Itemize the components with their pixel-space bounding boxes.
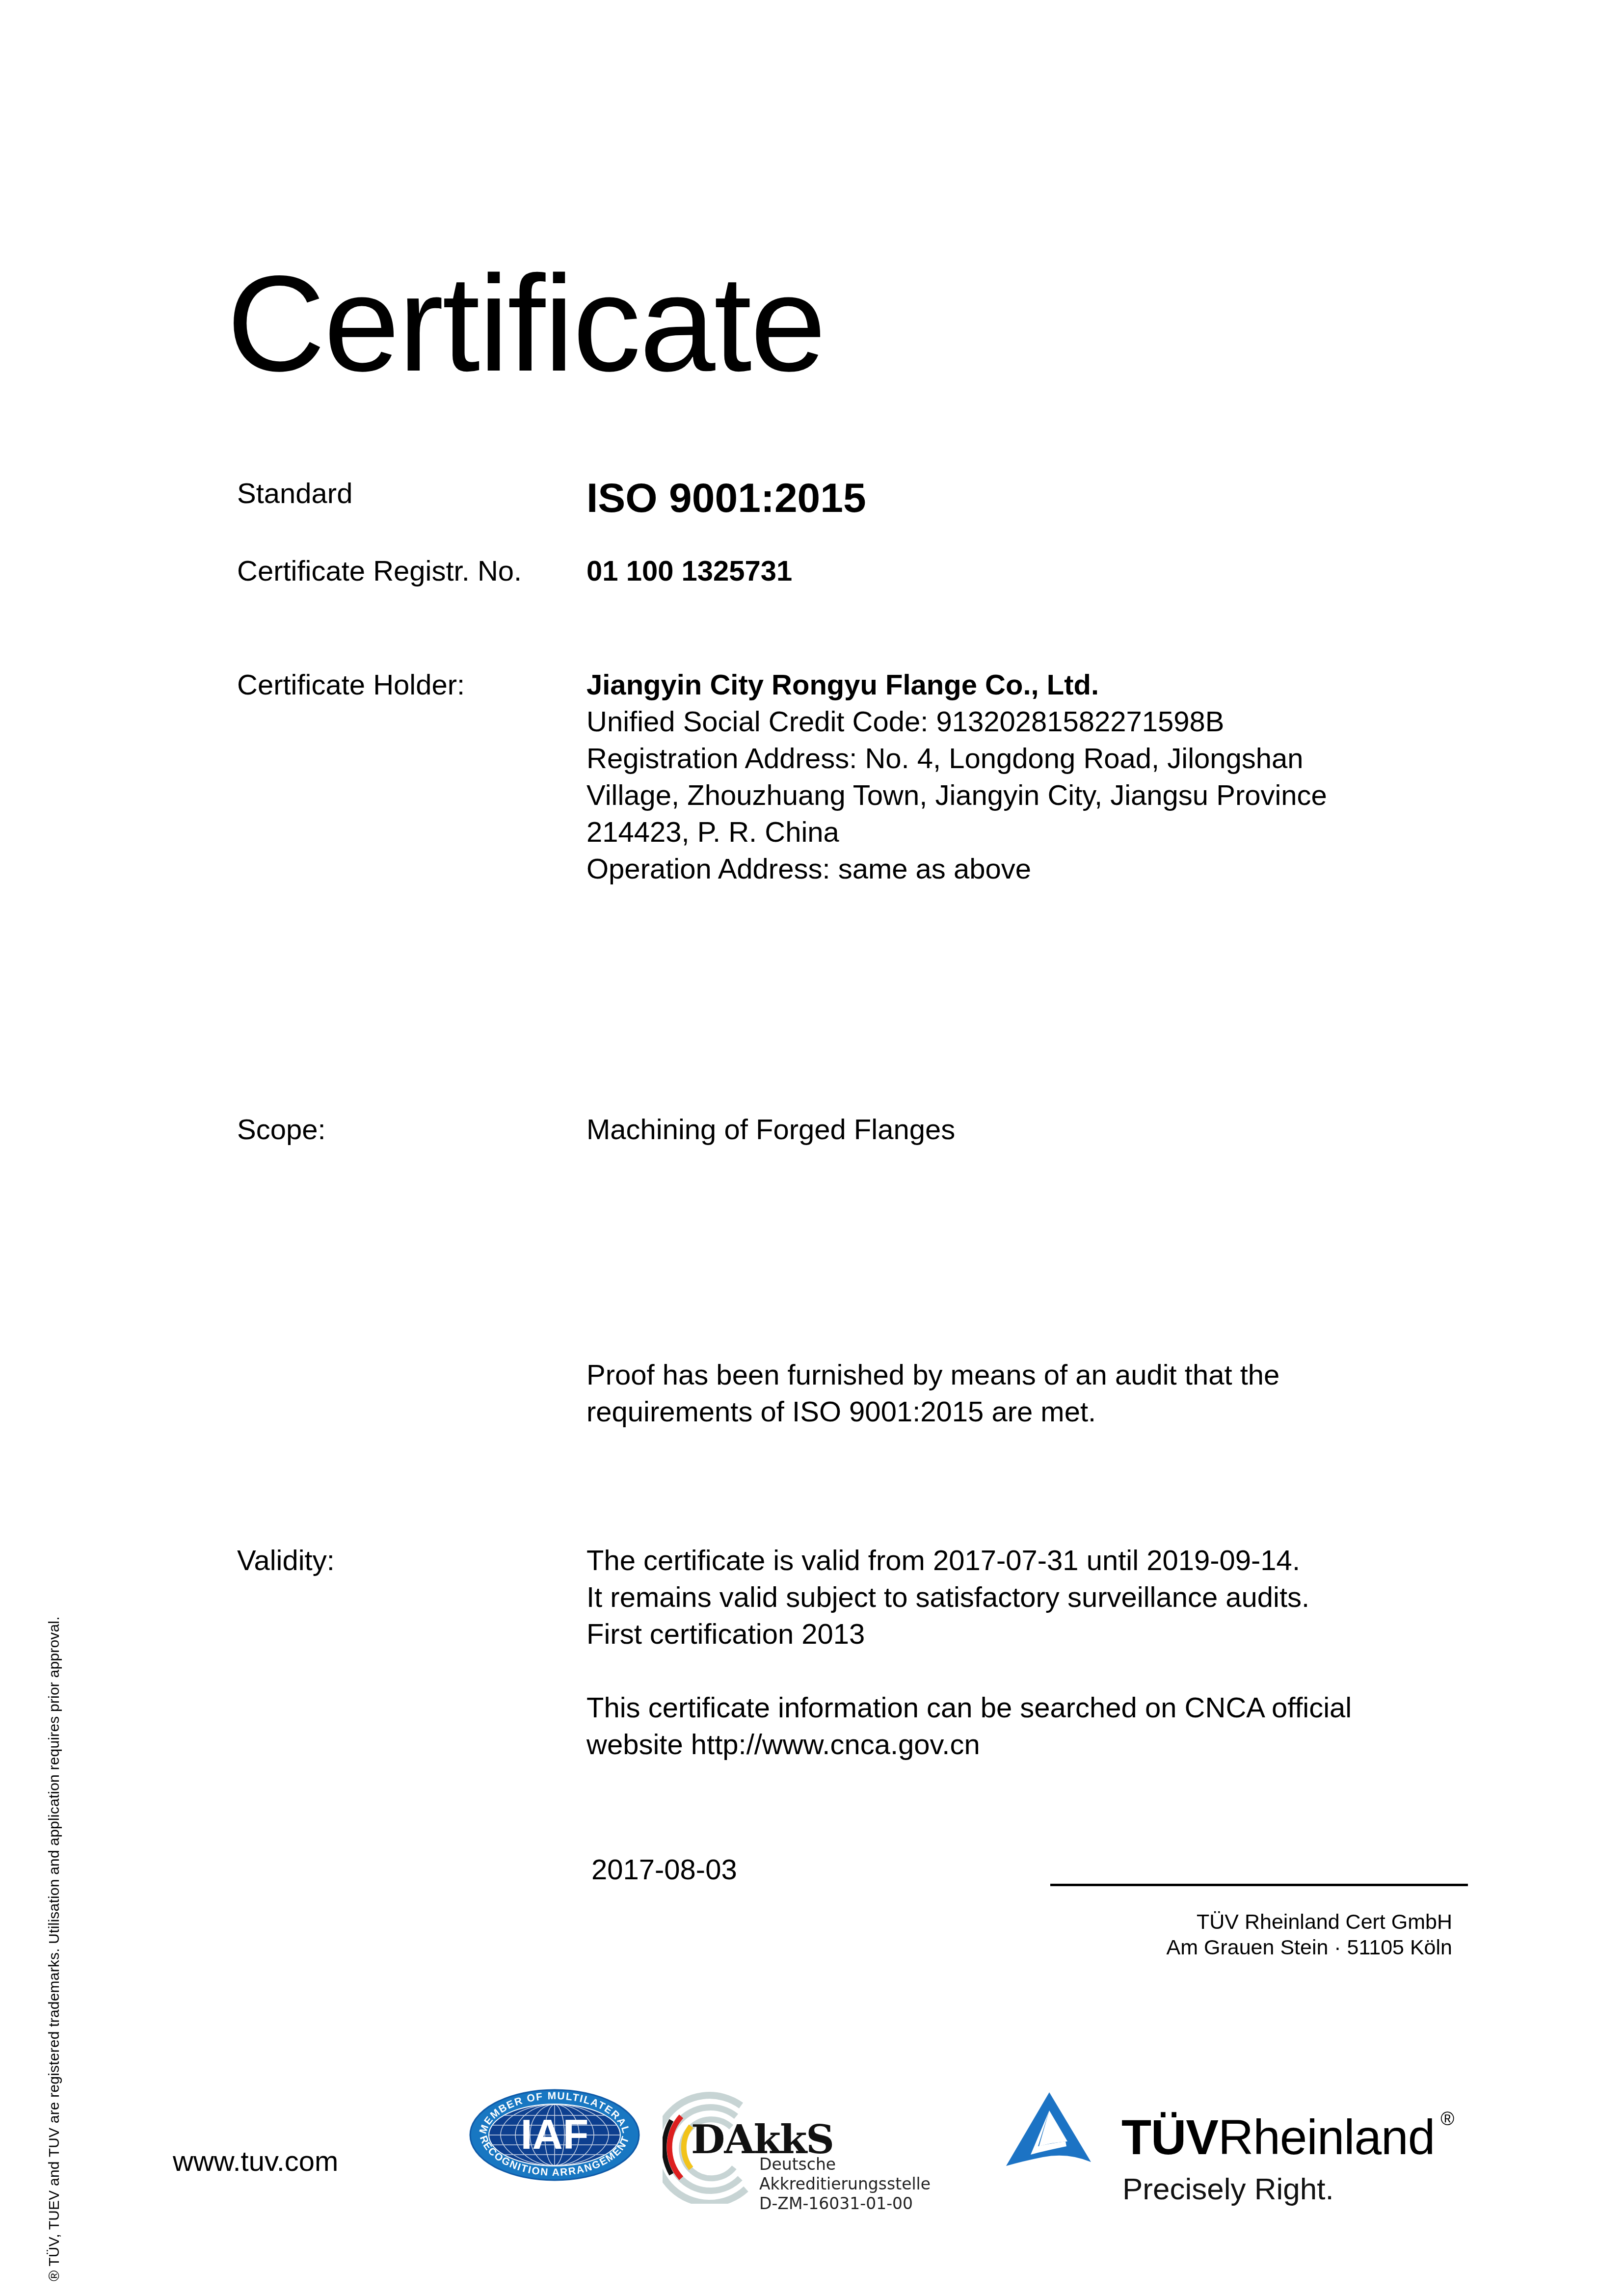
validity-condition: It remains valid subject to satisfactory… <box>586 1579 1309 1616</box>
audit-statement: Proof has been furnished by means of an … <box>586 1357 1279 1430</box>
iaf-emblem-icon: IAF MEMBER OF MULTILATERAL RECOGNITION A… <box>469 2088 640 2182</box>
issue-date: 2017-08-03 <box>591 1853 737 1886</box>
tuv-triangle-icon <box>1004 2088 1097 2172</box>
dakks-caption-line: Deutsche <box>759 2155 931 2174</box>
registration-label: Certificate Registr. No. <box>237 553 522 589</box>
cnca-note-line: This certificate information can be sear… <box>586 1689 1352 1726</box>
svg-text:IAF: IAF <box>521 2111 589 2158</box>
tuv-wordmark-regular: Rheinland <box>1218 2110 1435 2165</box>
page-title: Certificate <box>227 255 825 392</box>
tuv-wordmark-bold: TÜV <box>1121 2110 1218 2165</box>
holder-operation-address: Operation Address: same as above <box>586 851 1327 887</box>
registration-number: 01 100 1325731 <box>586 553 792 589</box>
tuv-wordmark: TÜVRheinland® <box>1121 2113 1454 2162</box>
audit-statement-line: Proof has been furnished by means of an … <box>586 1357 1279 1393</box>
dakks-accreditation-code: D-ZM-16031-01-00 <box>759 2194 931 2214</box>
scope-value: Machining of Forged Flanges <box>586 1111 955 1148</box>
holder-label: Certificate Holder: <box>237 667 465 703</box>
registered-icon: ® <box>1440 2109 1454 2130</box>
tuv-rheinland-logo: TÜVRheinland® Precisely Right. <box>1004 2088 1490 2221</box>
holder-address-line: Registration Address: No. 4, Longdong Ro… <box>586 740 1327 777</box>
standard-label: Standard <box>237 475 352 512</box>
holder-details: Jiangyin City Rongyu Flange Co., Ltd. Un… <box>586 667 1327 887</box>
scope-label: Scope: <box>237 1111 326 1148</box>
first-certification: First certification 2013 <box>586 1616 1309 1653</box>
cnca-note-line: website http://www.cnca.gov.cn <box>586 1726 1352 1763</box>
holder-address-line: 214423, P. R. China <box>586 814 1327 851</box>
dakks-caption-line: Akkreditierungsstelle <box>759 2174 931 2194</box>
dakks-caption: Deutsche Akkreditierungsstelle D-ZM-1603… <box>759 2155 931 2214</box>
holder-credit-code: Unified Social Credit Code: 913202815822… <box>586 703 1327 740</box>
holder-name: Jiangyin City Rongyu Flange Co., Ltd. <box>586 667 1327 703</box>
issuer-block: TÜV Rheinland Cert GmbH Am Grauen Stein … <box>1167 1909 1452 1960</box>
issuer-name: TÜV Rheinland Cert GmbH <box>1167 1909 1452 1935</box>
tuv-tagline: Precisely Right. <box>1122 2174 1334 2205</box>
issuer-address: Am Grauen Stein · 51105 Köln <box>1167 1935 1452 1960</box>
cnca-note: This certificate information can be sear… <box>586 1689 1352 1763</box>
dakks-logo: DAkkS Deutsche Akkreditierungsstelle D-Z… <box>663 2086 937 2218</box>
validity-label: Validity: <box>237 1542 335 1579</box>
signature-line <box>1050 1884 1468 1886</box>
standard-value: ISO 9001:2015 <box>586 477 866 518</box>
iaf-logo: IAF MEMBER OF MULTILATERAL RECOGNITION A… <box>469 2088 640 2182</box>
holder-address-line: Village, Zhouzhuang Town, Jiangyin City,… <box>586 777 1327 814</box>
trademark-note: ® TÜV, TUEV and TUV are registered trade… <box>46 1616 63 2281</box>
validity-details: The certificate is valid from 2017-07-31… <box>586 1542 1309 1653</box>
website-link[interactable]: www.tuv.com <box>173 2145 338 2178</box>
validity-period: The certificate is valid from 2017-07-31… <box>586 1542 1309 1579</box>
audit-statement-line: requirements of ISO 9001:2015 are met. <box>586 1393 1279 1430</box>
